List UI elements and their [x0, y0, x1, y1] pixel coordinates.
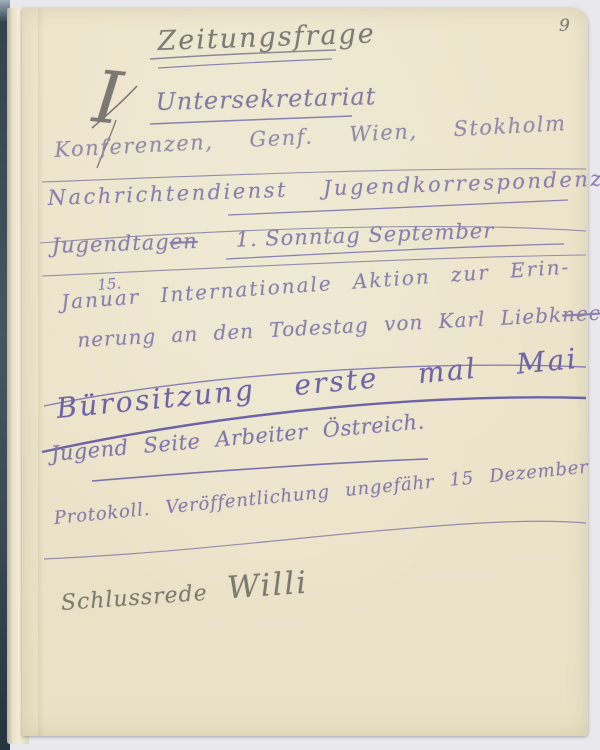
page-number: 9	[559, 16, 570, 36]
scanned-notebook-page-scene: 9 Zeitungsfrage I Untersekretariat Konfe…	[0, 0, 600, 750]
youth-day-word: Jugendtag	[51, 230, 170, 258]
closing-speaker-name: Willi	[226, 565, 309, 607]
youth-day-struck-text: en	[169, 229, 198, 254]
section-heading: Untersekretariat	[155, 82, 376, 116]
memorial-line2-struck-text: necht	[561, 299, 600, 326]
